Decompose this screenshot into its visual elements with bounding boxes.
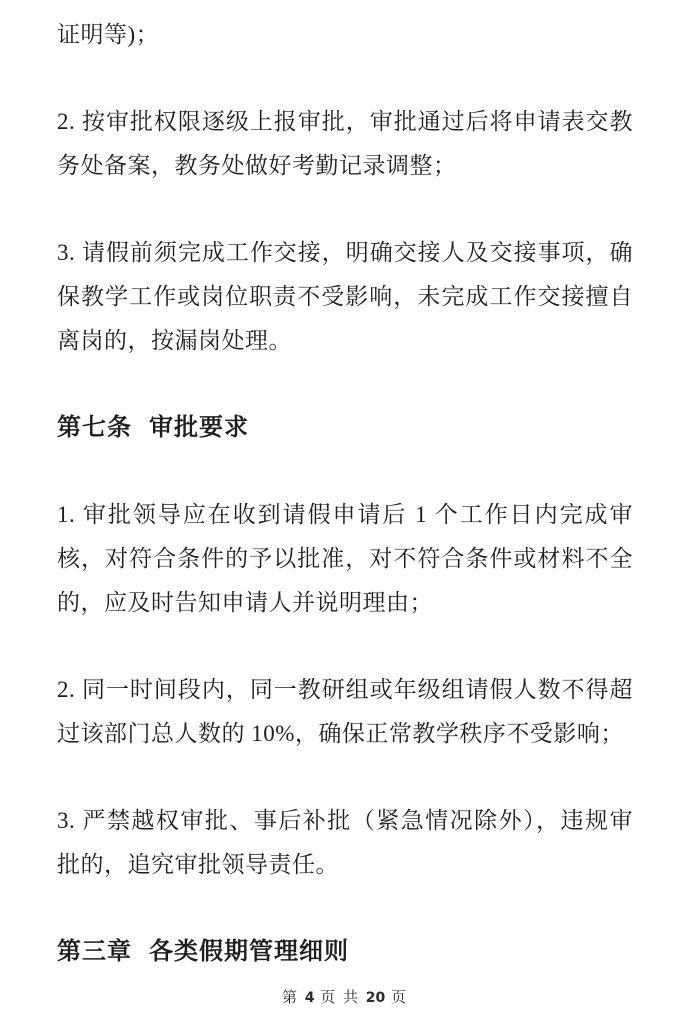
footer-page-label: 页 <box>320 990 337 1006</box>
paragraph-continuation: 证明等)； <box>57 13 633 57</box>
footer-suffix-label: 页 <box>391 990 408 1006</box>
chapter-heading-chapter-3: 第三章 各类假期管理细则 <box>57 930 633 974</box>
paragraph-item-2b: 2. 同一时间段内，同一教研组或年级组请假人数不得超过该部门总人数的 10%，确… <box>57 668 633 756</box>
footer-total-label: 共 <box>343 990 360 1006</box>
document-page: 证明等)； 2. 按审批权限逐级上报审批，审批通过后将申请表交教务处备案，教务处… <box>0 0 690 1024</box>
paragraph-item-2: 2. 按审批权限逐级上报审批，审批通过后将申请表交教务处备案，教务处做好考勤记录… <box>57 100 633 188</box>
paragraph-item-1: 1. 审批领导应在收到请假申请后 1 个工作日内完成审核，对符合条件的予以批准，… <box>57 493 633 625</box>
paragraph-item-3: 3. 请假前须完成工作交接，明确交接人及交接事项，确保教学工作或岗位职责不受影响… <box>57 231 633 363</box>
section-heading-article-7: 第七条 审批要求 <box>57 406 633 450</box>
page-number-footer: 第 4 页 共 20 页 <box>0 989 690 1007</box>
footer-current-page: 4 <box>305 990 315 1006</box>
footer-total-pages: 20 <box>366 990 385 1006</box>
document-body: 证明等)； 2. 按审批权限逐级上报审批，审批通过后将申请表交教务处备案，教务处… <box>0 0 690 974</box>
paragraph-item-3b: 3. 严禁越权审批、事后补批（紧急情况除外），违规审批的，追究审批领导责任。 <box>57 799 633 887</box>
footer-prefix-label: 第 <box>282 990 299 1006</box>
